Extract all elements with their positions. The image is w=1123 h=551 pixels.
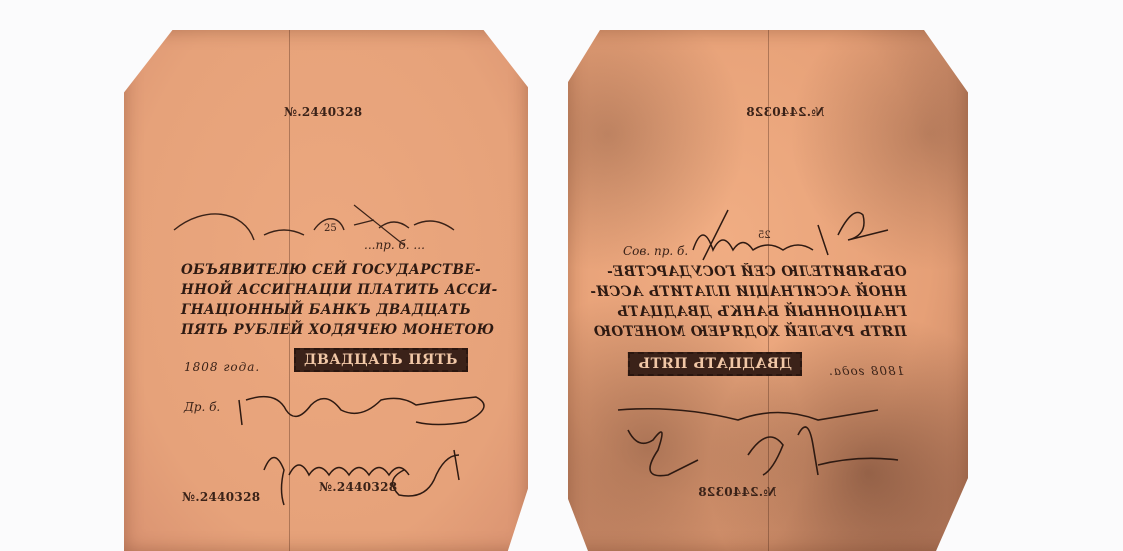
signature-label: Др. б. [184,400,220,414]
text-line: Объявителю сей государстве- [181,260,498,280]
handwritten-line: ...пр. б. ... [364,238,425,252]
text-line: пять рублей ходячею монетою [590,322,907,342]
serial-number-bottom-left: №.2440328 [182,490,260,504]
serial-number-top: №.2440328 [284,105,362,119]
text-line: гнаціонный банкъ двадцать [590,302,907,322]
reverse-text-mirrored: Объявителю сей государстве- нной ассигна… [590,262,907,342]
handwriting-top [688,205,928,265]
text-line: нной ассигнаціи платить асси- [181,280,498,300]
signature-1 [234,380,494,435]
text-line: пять рублей ходячею монетою [181,320,498,340]
banknote-back: №.2440328 25 Сов. пр. б. Объявителю сей … [568,30,968,551]
denomination-stamp-mirrored: ДВАДЦАТЬ ПЯТЬ [628,352,802,376]
text-line: гнаціонный банкъ двадцать [181,300,498,320]
denomination-small: 25 [324,223,337,234]
obverse-text: Объявителю сей государстве- нной ассигна… [181,260,498,340]
banknote-front: №.2440328 25 ...пр. б. ... Объявителю се… [124,30,528,551]
serial-number-top-mirrored: №.2440328 [746,105,824,119]
denomination-stamp: ДВАДЦАТЬ ПЯТЬ [294,348,468,372]
text-line: нной ассигнаціи платить асси- [590,282,907,302]
serial-number-bottom-right: №.2440328 [319,480,397,494]
handwritten-label: Сов. пр. б. [623,244,688,258]
year-label-mirrored: 1808 года. [828,364,904,378]
serial-number-bottom-mirrored: №.2440328 [698,485,776,499]
text-line: Объявителю сей государстве- [590,262,907,282]
signature-2 [254,440,484,510]
year-label: 1808 года. [184,360,260,374]
